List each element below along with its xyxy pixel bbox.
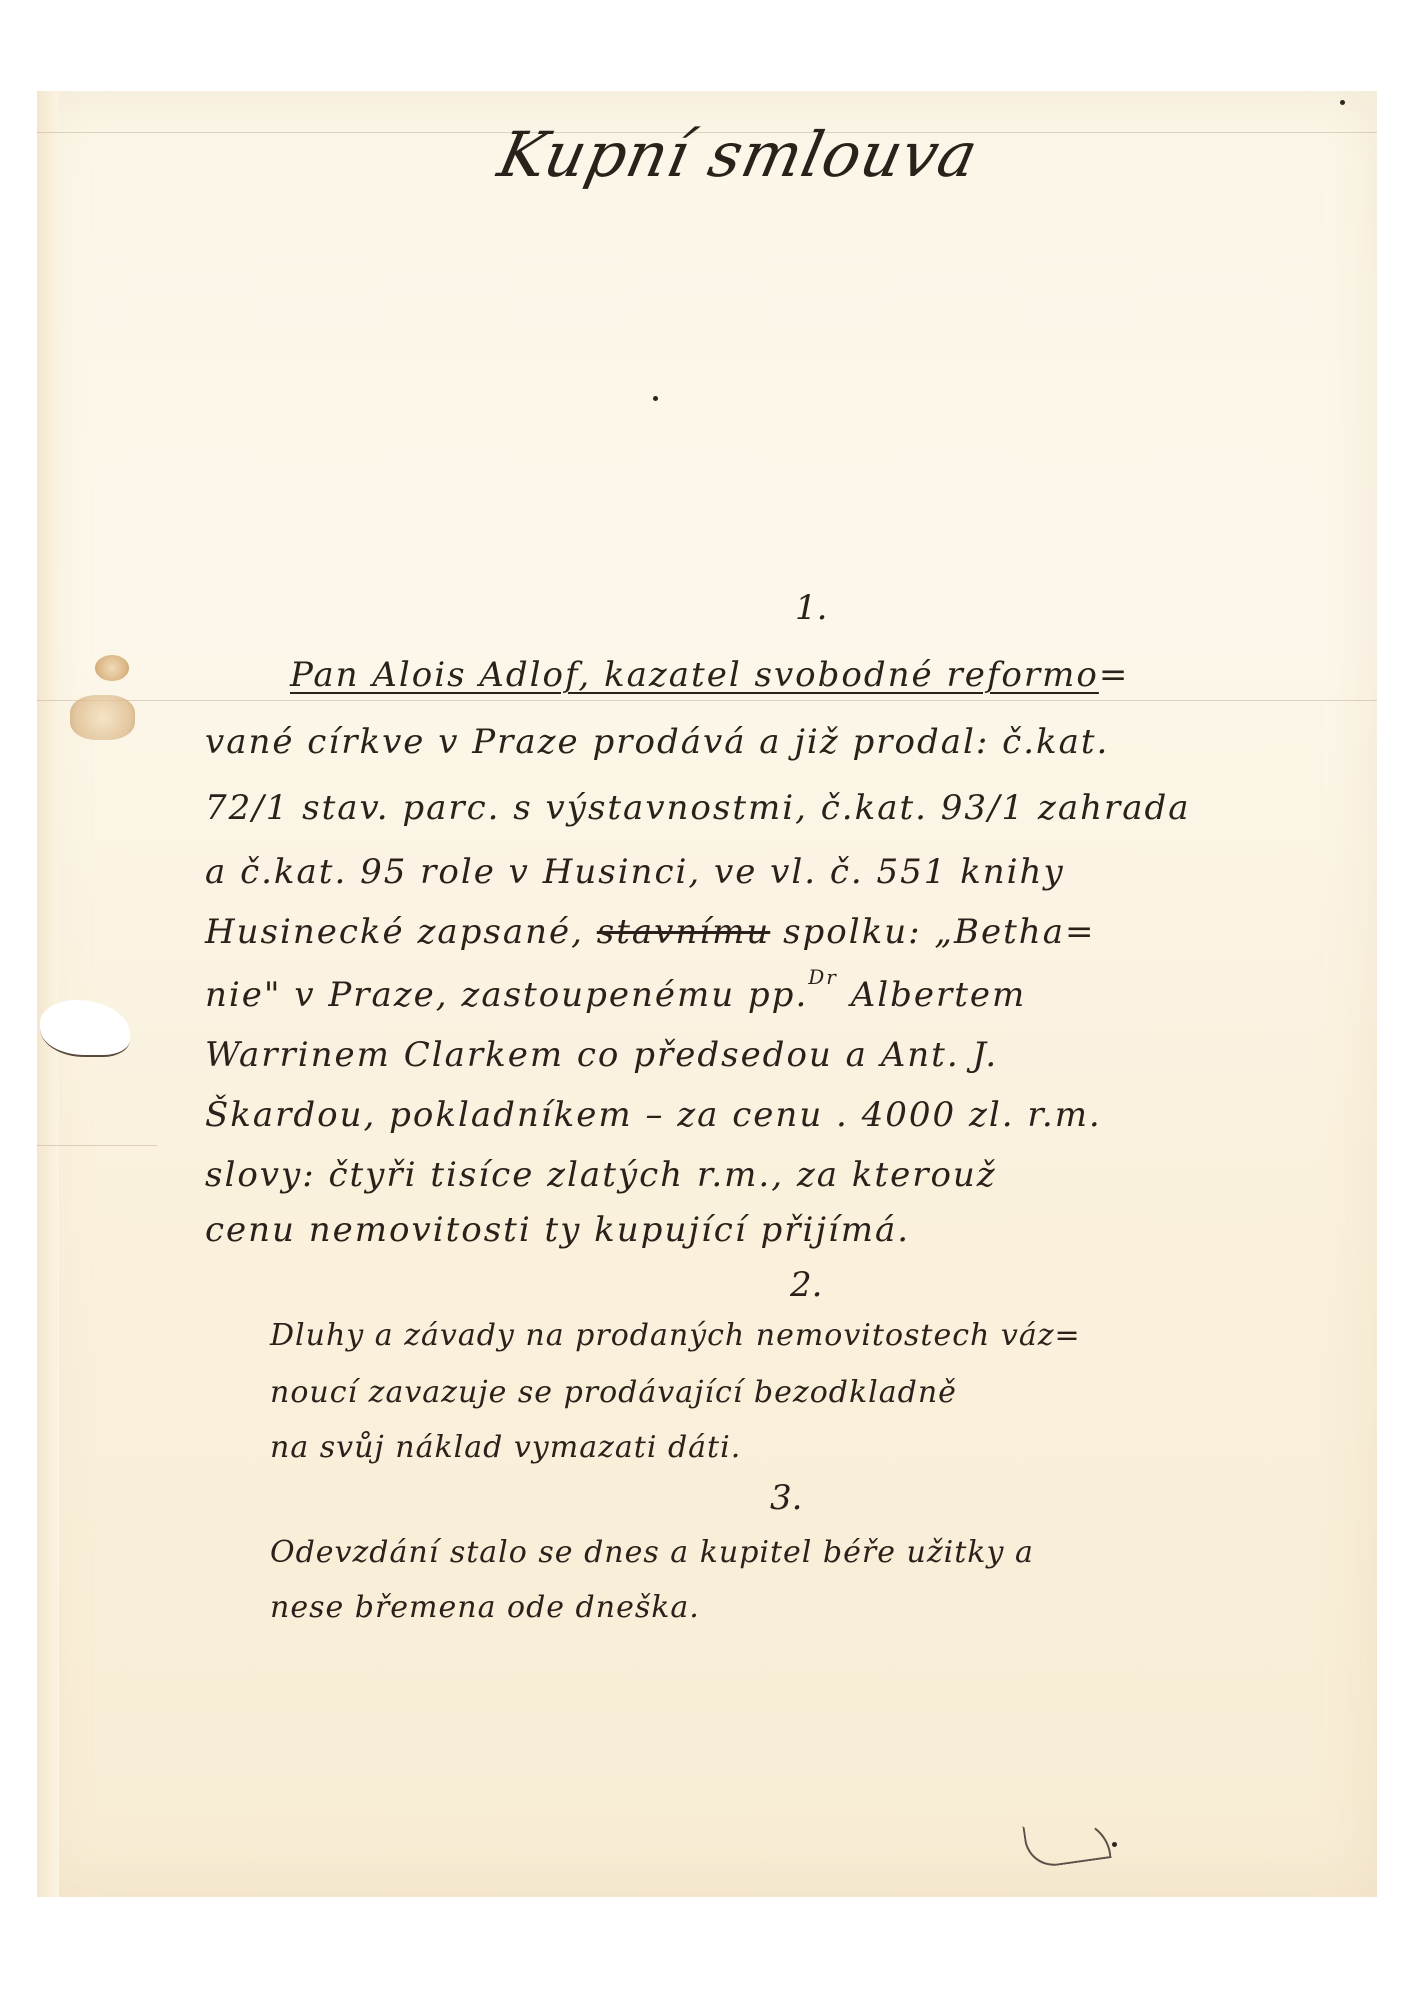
section-1-line-7: Warrinem Clarkem co předsedou a Ant. J. [205, 1035, 998, 1075]
section-number-1: 1. [795, 588, 827, 628]
section-2-line-2: noucí zavazuje se prodávající bezodkladn… [270, 1375, 957, 1410]
section-1-line-6: nie" v Praze, zastoupenému pp.Dr Alberte… [205, 975, 1026, 1015]
section-2-line-1: Dluhy a závady na prodaných nemovitostec… [270, 1318, 1081, 1353]
line-6-end: Albertem [851, 975, 1027, 1015]
fold-line-lower [37, 1145, 157, 1146]
section-2-line-3: na svůj náklad vymazati dáti. [270, 1430, 741, 1465]
section-1-line-10: cenu nemovitosti ty kupující přijímá. [205, 1210, 910, 1250]
hyphen: = [1099, 655, 1130, 695]
section-1-line-5: Husinecké zapsané, stavnímu spolku: „Bet… [205, 912, 1095, 952]
document-title: Kupní smlouva [492, 118, 984, 191]
line-6-start: nie" v Praze, zastoupenému pp. [205, 975, 808, 1015]
section-1-line-9: slovy: čtyři tisíce zlatých r.m., za kte… [205, 1155, 997, 1195]
section-number-2: 2. [790, 1265, 822, 1305]
paper-stain-damage [70, 695, 135, 740]
line-5-end: spolku: „Betha= [783, 912, 1095, 952]
section-3-line-2: nese břemena ode dneška. [270, 1590, 700, 1625]
section-1-line-1: Pan Alois Adlof, kazatel svobodné reform… [290, 655, 1129, 695]
paper-left-edge [37, 91, 59, 1897]
struck-word: stavnímu [597, 912, 771, 952]
section-1-line-3: 72/1 stav. parc. s výstavnostmi, č.kat. … [205, 788, 1191, 828]
section-3-line-1: Odevzdání stalo se dnes a kupitel béře u… [270, 1535, 1034, 1570]
section-1-line-4: a č.kat. 95 role v Husinci, ve vl. č. 55… [205, 852, 1065, 892]
section-1-line-2: vané církve v Praze prodává a již prodal… [205, 722, 1109, 762]
line-5-start: Husinecké zapsané, [205, 912, 584, 952]
ink-speck [653, 396, 658, 401]
title-superscript: Dr [808, 965, 838, 989]
ink-speck [1340, 100, 1345, 105]
section-number-3: 3. [770, 1478, 802, 1518]
section-1-line-8: Škardou, pokladníkem – za cenu . 4000 zl… [205, 1095, 1102, 1135]
fold-line-middle [37, 700, 1377, 701]
ink-speck [1112, 1842, 1117, 1847]
paper-stain-hole [95, 655, 129, 681]
seller-name-underlined: Pan Alois Adlof, kazatel svobodné reform… [290, 655, 1099, 695]
